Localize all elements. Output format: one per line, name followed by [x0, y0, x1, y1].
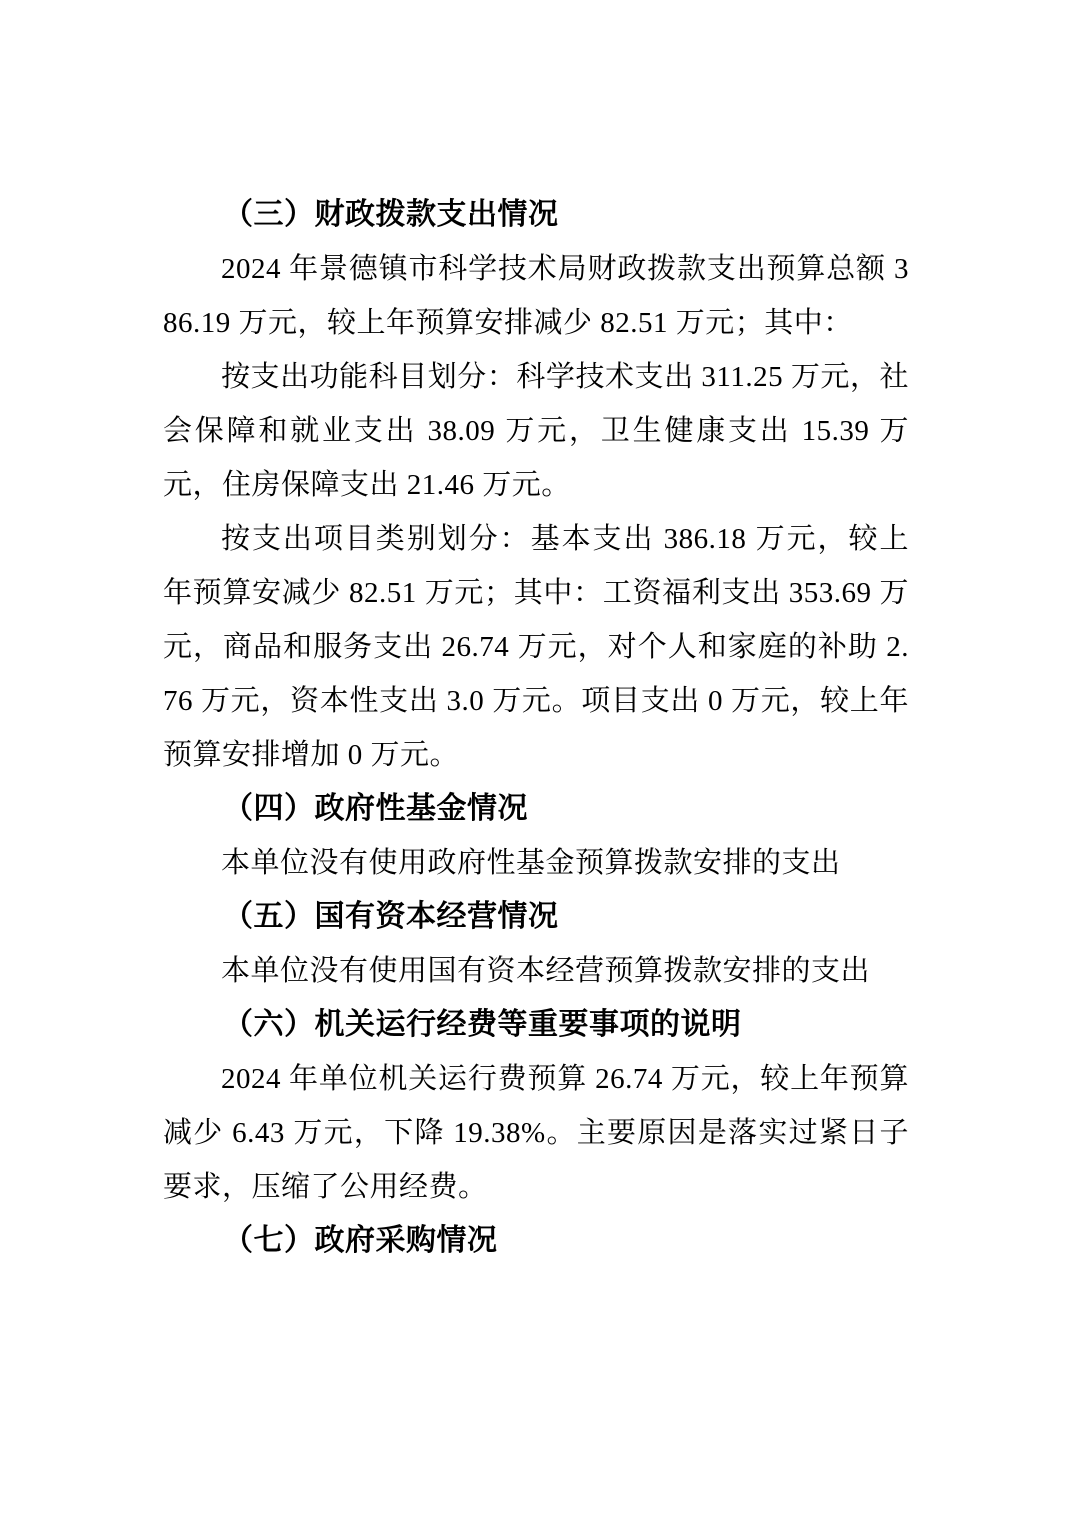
document-page: （三）财政拨款支出情况 2024 年景德镇市科学技术局财政拨款支出预算总额 38…: [0, 0, 1074, 1520]
paragraph-by-function-category: 按支出功能科目划分：科学技术支出 311.25 万元，社会保障和就业支出 38.…: [163, 350, 909, 512]
section-heading-fiscal-expenditure: （三）财政拨款支出情况: [163, 188, 909, 242]
paragraph-by-project-category: 按支出项目类别划分：基本支出 386.18 万元，较上年预算安减少 82.51 …: [163, 512, 909, 782]
paragraph-government-funds-statement: 本单位没有使用政府性基金预算拨款安排的支出: [163, 836, 909, 890]
section-heading-state-capital: （五）国有资本经营情况: [163, 890, 909, 944]
section-heading-government-funds: （四）政府性基金情况: [163, 782, 909, 836]
paragraph-state-capital-statement: 本单位没有使用国有资本经营预算拨款安排的支出: [163, 944, 909, 998]
section-heading-agency-operating-costs: （六）机关运行经费等重要事项的说明: [163, 998, 909, 1052]
document-body: （三）财政拨款支出情况 2024 年景德镇市科学技术局财政拨款支出预算总额 38…: [163, 188, 909, 1268]
paragraph-fiscal-expenditure-total: 2024 年景德镇市科学技术局财政拨款支出预算总额 386.19 万元，较上年预…: [163, 242, 909, 350]
paragraph-agency-operating-costs: 2024 年单位机关运行费预算 26.74 万元，较上年预算减少 6.43 万元…: [163, 1052, 909, 1214]
section-heading-government-procurement: （七）政府采购情况: [163, 1214, 909, 1268]
